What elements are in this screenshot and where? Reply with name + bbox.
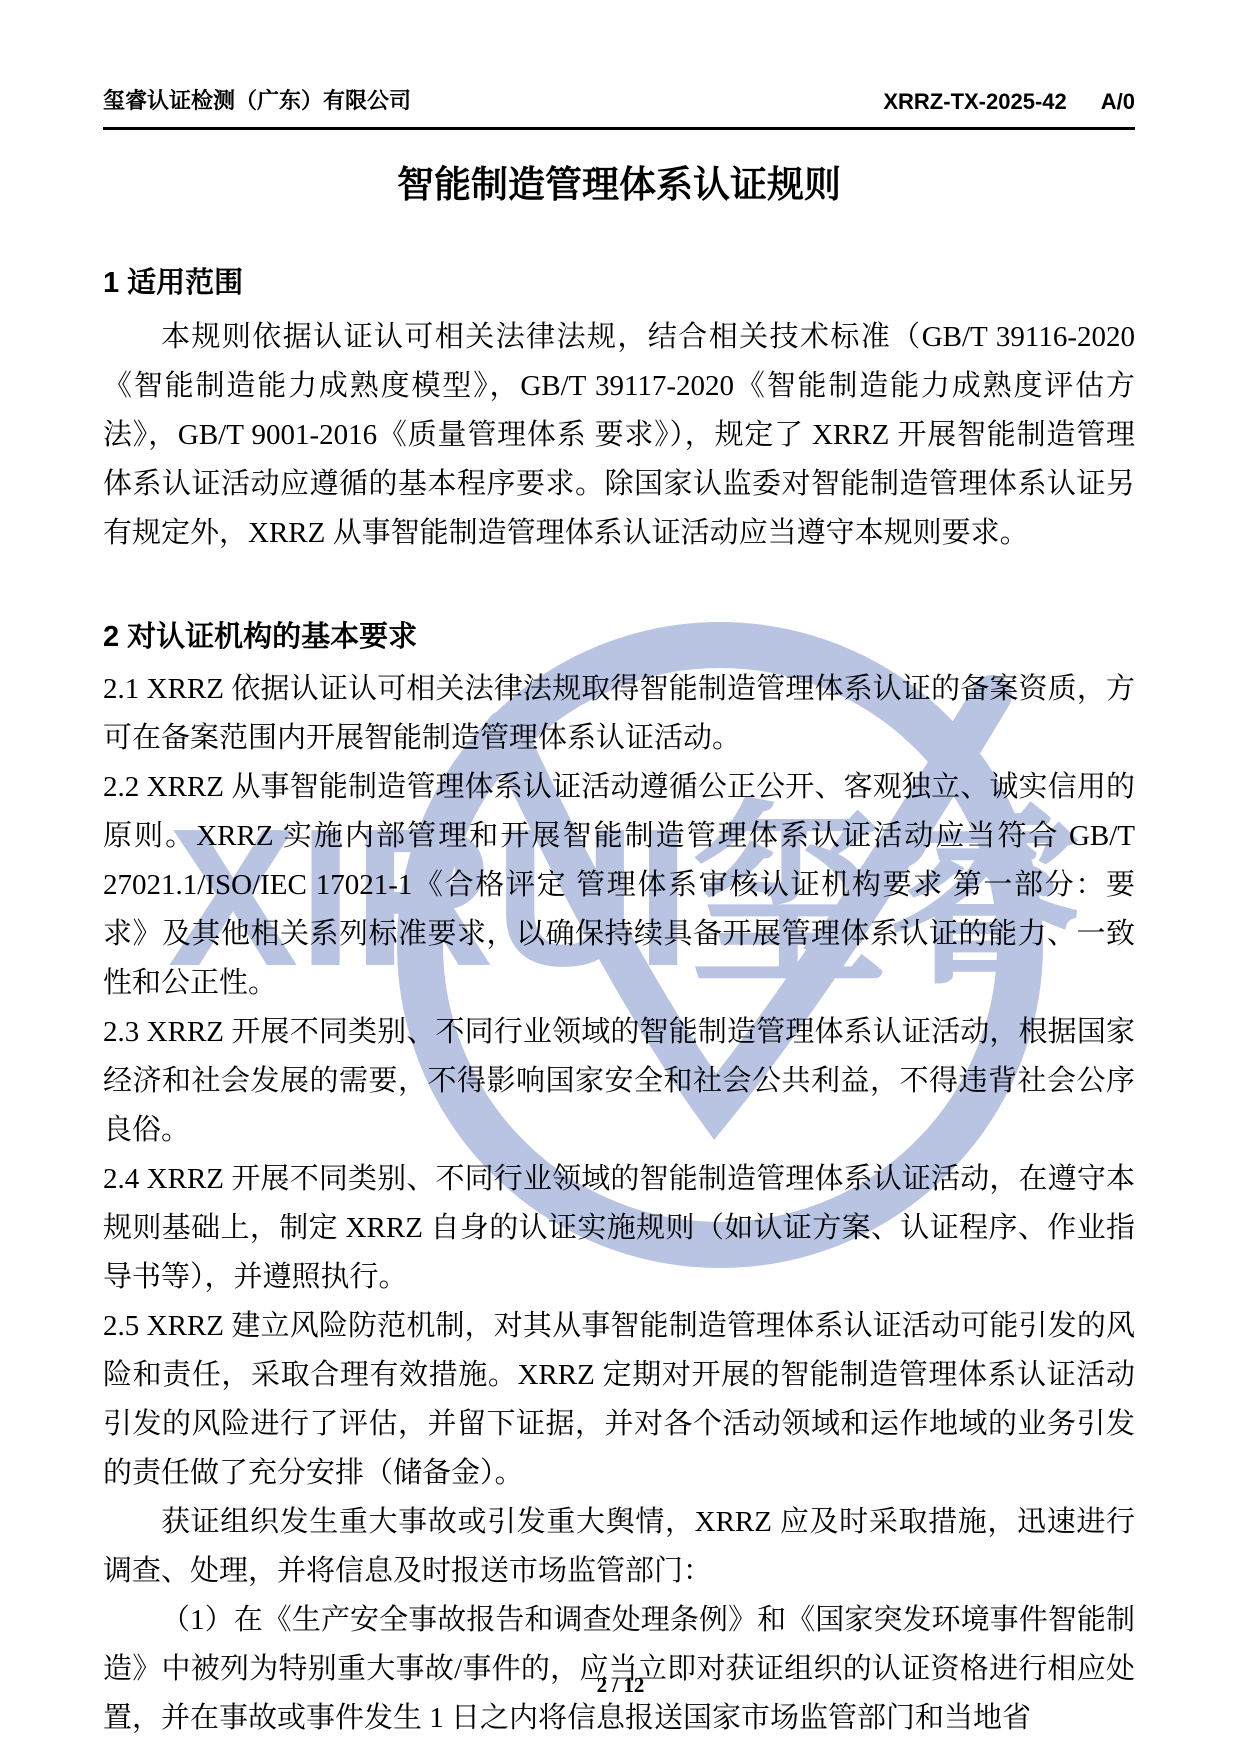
paragraph-scope: 本规则依据认证认可相关法律法规，结合相关技术标准（GB/T 39116-2020… bbox=[103, 313, 1135, 558]
paragraph-2-4: 2.4 XRRZ 开展不同类别、不同行业领域的智能制造管理体系认证活动，在遵守本… bbox=[103, 1155, 1135, 1302]
document-body: 智能制造管理体系认证规则 1 适用范围 本规则依据认证认可相关法律法规，结合相关… bbox=[103, 140, 1135, 1743]
paragraph-2-1: 2.1 XRRZ 依据认证认可相关法律法规取得智能制造管理体系认证的备案资质，方… bbox=[103, 665, 1135, 763]
paragraph-2-3: 2.3 XRRZ 开展不同类别、不同行业领域的智能制造管理体系认证活动，根据国家… bbox=[103, 1008, 1135, 1155]
paragraph-2-2: 2.2 XRRZ 从事智能制造管理体系认证活动遵循公正公开、客观独立、诚实信用的… bbox=[103, 763, 1135, 1008]
page-number: 2 / 12 bbox=[0, 1673, 1241, 1698]
paragraph-2-5: 2.5 XRRZ 建立风险防范机制，对其从事智能制造管理体系认证活动可能引发的风… bbox=[103, 1302, 1135, 1498]
page-header: 玺睿认证检测（广东）有限公司 XRRZ-TX-2025-42 A/0 bbox=[103, 84, 1135, 130]
document-title: 智能制造管理体系认证规则 bbox=[103, 154, 1135, 208]
doc-revision: A/0 bbox=[1101, 89, 1135, 115]
company-name: 玺睿认证检测（广东）有限公司 bbox=[103, 84, 411, 115]
paragraph-incident-item-1: （1）在《生产安全事故报告和调查处理条例》和《国家突发环境事件智能制造》中被列为… bbox=[103, 1596, 1135, 1743]
section-heading-requirements: 2 对认证机构的基本要求 bbox=[103, 614, 1135, 655]
paragraph-incident-report: 获证组织发生重大事故或引发重大舆情，XRRZ 应及时采取措施，迅速进行调查、处理… bbox=[103, 1498, 1135, 1596]
section-heading-scope: 1 适用范围 bbox=[103, 260, 1135, 301]
doc-number: XRRZ-TX-2025-42 bbox=[883, 89, 1066, 115]
doc-id: XRRZ-TX-2025-42 A/0 bbox=[883, 89, 1135, 115]
